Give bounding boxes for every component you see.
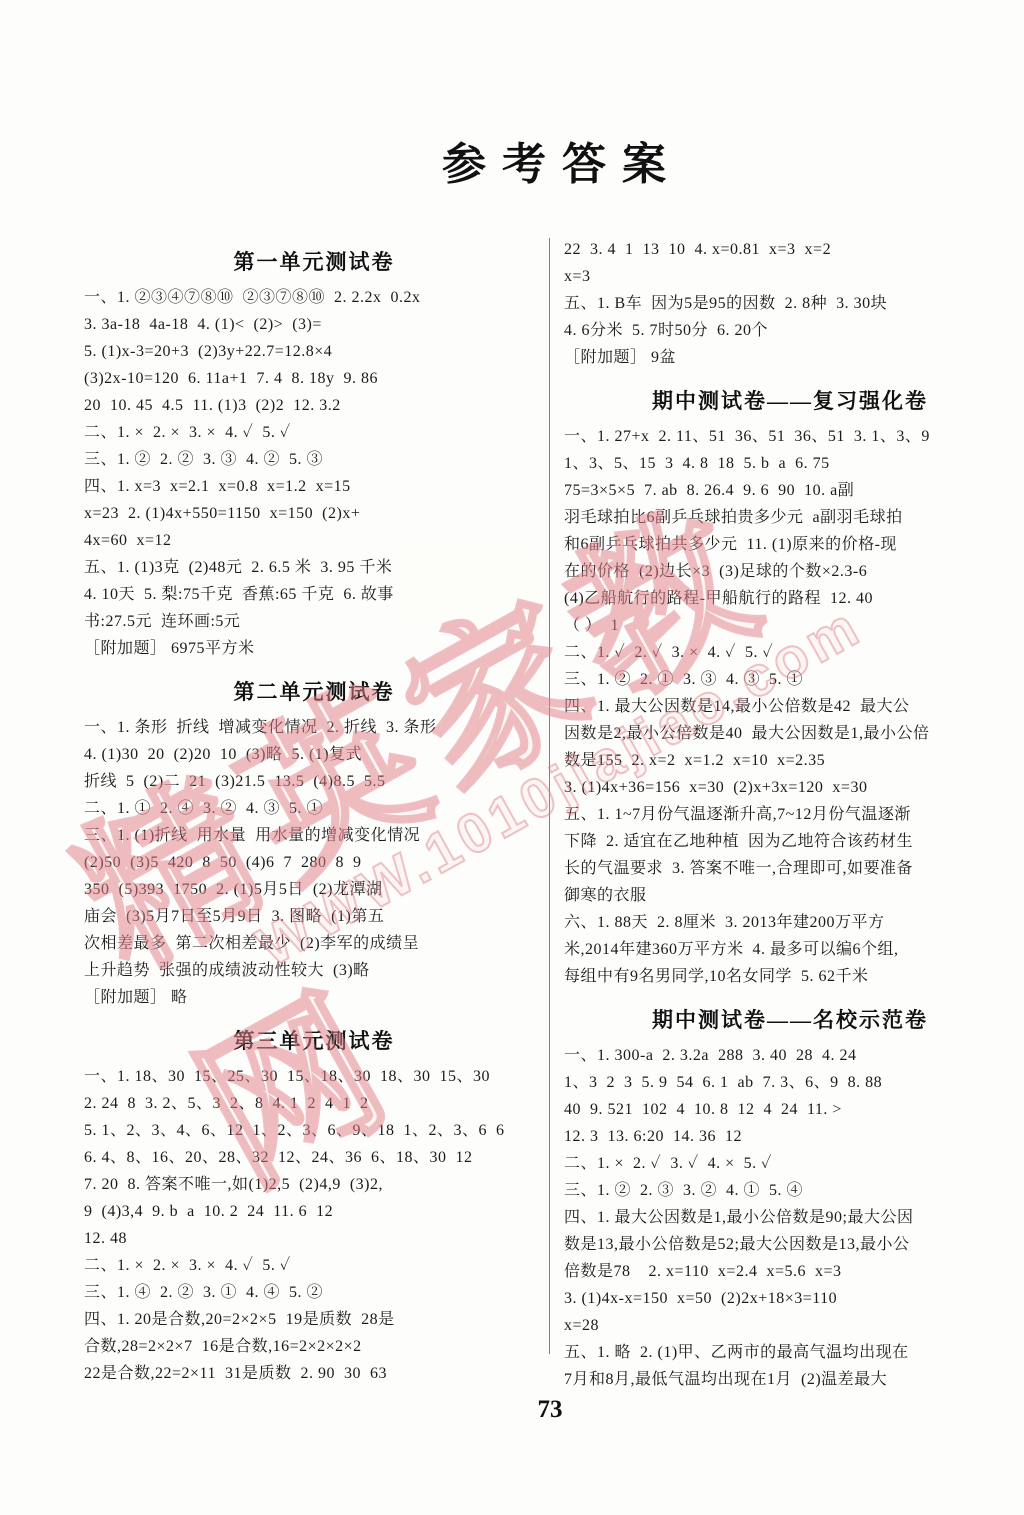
answer-line: 折线 5 (2)二 21 (3)21.5 13.5 (4)8.5 5.5 xyxy=(84,768,544,795)
page-number: 73 xyxy=(85,1396,1015,1424)
answer-line: 御寒的衣服 xyxy=(564,882,1016,909)
right-column: 22 3. 4 1 13 10 4. x=0.81 x=3 x=2x=3五、1.… xyxy=(564,236,1016,1393)
answer-line: x=3 xyxy=(564,263,1016,290)
answer-line: 三、1. ④ 2. ② 3. ① 4. ④ 5. ② xyxy=(84,1279,544,1306)
answer-line: 五、1. 1~7月份气温逐渐升高,7~12月份气温逐渐 xyxy=(564,801,1016,828)
answer-line: 9 (4)3,4 9. b a 10. 2 24 11. 6 12 xyxy=(84,1198,544,1225)
answer-line: 一、1. 27+x 2. 11、51 36、51 36、51 3. 1、3、9 xyxy=(564,423,1016,450)
answer-line: 四、1. 最大公因数是14,最小公倍数是42 最大公 xyxy=(564,693,1016,720)
answer-line: 二、1. ① 2. ④ 3. ② 4. ③ 5. ① xyxy=(84,795,544,822)
answer-line: x=23 2. (1)4x+550=1150 x=150 (2)x+ xyxy=(84,500,544,527)
answer-line: 3. (1)4x-x=150 x=50 (2)2x+18×3=110 xyxy=(564,1285,1016,1312)
answer-line: 二、1. × 2. × 3. × 4. ✓ 5. ✓ xyxy=(84,419,544,446)
answer-book-page: 参考答案 第一单元测试卷 一、1. ②③④⑦⑧⑩ ②③⑦⑧⑩ 2. 2.2x 0… xyxy=(0,0,1024,1515)
answer-line: ［附加题］ 9盆 xyxy=(564,344,1016,371)
section-title: 第一单元测试卷 xyxy=(84,246,544,276)
answer-lines: 一、1. 条形 折线 增减变化情况 2. 折线 3. 条形4. (1)30 20… xyxy=(84,714,544,1011)
answer-line: 和6副乒乓球拍共多少元 11. (1)原来的价格-现 xyxy=(564,531,1016,558)
answer-lines: 一、1. 18、30 15、25、30 15、18、30 18、30 15、30… xyxy=(84,1063,544,1387)
answer-line: x=28 xyxy=(564,1312,1016,1339)
answer-line: (4)乙船航行的路程-甲船航行的路程 12. 40 xyxy=(564,585,1016,612)
answer-line: 五、1. B车 因为5是95的因数 2. 8种 3. 30块 xyxy=(564,290,1016,317)
answer-line: 12. 3 13. 6:20 14. 36 12 xyxy=(564,1123,1016,1150)
answer-line: 2. 24 8 3. 2、5、3 2、8 4. 1 2 4 1 2 xyxy=(84,1090,544,1117)
answer-line: 一、1. 条形 折线 增减变化情况 2. 折线 3. 条形 xyxy=(84,714,544,741)
section-midterm-model-test: 期中测试卷——名校示范卷 一、1. 300-a 2. 3.2a 288 3. 4… xyxy=(564,1004,1016,1393)
answer-line: 次相差最多 第二次相差最少 (2)李军的成绩呈 xyxy=(84,930,544,957)
column-divider xyxy=(549,238,550,1354)
answer-line: 1、3 2 3 5. 9 54 6. 1 ab 7. 3、6、9 8. 88 xyxy=(564,1069,1016,1096)
answer-line: 四、1. 20是合数,20=2×2×5 19是质数 28是 xyxy=(84,1306,544,1333)
section-midterm-review-test: 期中测试卷——复习强化卷 一、1. 27+x 2. 11、51 36、51 36… xyxy=(564,385,1016,990)
answer-line: 合数,28=2×2×7 16是合数,16=2×2×2×2 xyxy=(84,1333,544,1360)
section-title: 第二单元测试卷 xyxy=(84,676,544,706)
answer-line: 5. (1)x-3=20+3 (2)3y+22.7=12.8×4 xyxy=(84,338,544,365)
answer-line: (3)2x-10=120 6. 11a+1 7. 4 8. 18y 9. 86 xyxy=(84,365,544,392)
answer-line: 20 10. 45 4.5 11. (1)3 (2)2 12. 3.2 xyxy=(84,392,544,419)
answer-line: 1、3、5、15 3 4. 8 18 5. b a 6. 75 xyxy=(564,450,1016,477)
answer-line: 五、1. 略 2. (1)甲、乙两市的最高气温均出现在 xyxy=(564,1339,1016,1366)
answer-line: 4. (1)30 20 (2)20 10 (3)略 5. (1)复式 xyxy=(84,741,544,768)
answer-line: （ ） 1 xyxy=(564,612,1016,639)
scan-damage-patch xyxy=(396,544,542,630)
answer-line: 六、1. 88天 2. 8厘米 3. 2013年建200万平方 xyxy=(564,909,1016,936)
answer-line: 3. (1)4x+36=156 x=30 (2)x+3x=120 x=30 xyxy=(564,774,1016,801)
answer-line: ［附加题］ 6975平方米 xyxy=(84,635,544,662)
section-unit1-continuation: 22 3. 4 1 13 10 4. x=0.81 x=3 x=2x=3五、1.… xyxy=(564,236,1016,371)
answer-line: 二、1. × 2. ✓ 3. ✓ 4. × 5. ✓ xyxy=(564,1150,1016,1177)
answer-line: ［附加题］ 略 xyxy=(84,984,544,1011)
left-column: 第一单元测试卷 一、1. ②③④⑦⑧⑩ ②③⑦⑧⑩ 2. 2.2x 0.2x3.… xyxy=(84,246,544,1387)
answer-line: 22 3. 4 1 13 10 4. x=0.81 x=3 x=2 xyxy=(564,236,1016,263)
answer-line: 一、1. 300-a 2. 3.2a 288 3. 40 28 4. 24 xyxy=(564,1042,1016,1069)
answer-line: (2)50 (3)5 420 8 50 (4)6 7 280 8 9 xyxy=(84,849,544,876)
answer-line: 一、1. ②③④⑦⑧⑩ ②③⑦⑧⑩ 2. 2.2x 0.2x xyxy=(84,284,544,311)
answer-line: 每组中有9名男同学,10名女同学 5. 62千米 xyxy=(564,963,1016,990)
section-title: 第三单元测试卷 xyxy=(84,1025,544,1055)
answer-line: 因数是2,最小公倍数是40 最大公因数是1,最小公倍 xyxy=(564,720,1016,747)
section-title: 期中测试卷——名校示范卷 xyxy=(564,1004,1016,1034)
answer-line: 三、1. ② 2. ① 3. ③ 4. ③ 5. ① xyxy=(564,666,1016,693)
answer-lines: 22 3. 4 1 13 10 4. x=0.81 x=3 x=2x=3五、1.… xyxy=(564,236,1016,371)
answer-line: 5. 1、2、3、4、6、12 1、2、3、6、9、18 1、2、3、6 6 xyxy=(84,1117,544,1144)
answer-line: 二、1. × 2. × 3. × 4. ✓ 5. ✓ xyxy=(84,1252,544,1279)
answer-line: 350 (5)393 1750 2. (1)5月5日 (2)龙潭湖 xyxy=(84,876,544,903)
section-unit3-test: 第三单元测试卷 一、1. 18、30 15、25、30 15、18、30 18、… xyxy=(84,1025,544,1387)
answer-line: 75=3×5×5 7. ab 8. 26.4 9. 6 90 10. a副 xyxy=(564,477,1016,504)
answer-line: 7. 20 8. 答案不唯一,如(1)2,5 (2)4,9 (3)2, xyxy=(84,1171,544,1198)
answer-line: 三、1. ② 2. ③ 3. ② 4. ① 5. ④ xyxy=(564,1177,1016,1204)
answer-line: 一、1. 18、30 15、25、30 15、18、30 18、30 15、30 xyxy=(84,1063,544,1090)
answer-line: 米,2014年建360万平方米 4. 最多可以编6个组, xyxy=(564,936,1016,963)
answer-line: 二、1. ✓ 2. ✓ 3. × 4. ✓ 5. ✓ xyxy=(564,639,1016,666)
page-title: 参考答案 xyxy=(0,128,1024,192)
answer-line: 三、1. (1)折线 用水量 用水量的增减变化情况 xyxy=(84,822,544,849)
answer-line: 4. 6分米 5. 7时50分 6. 20个 xyxy=(564,317,1016,344)
answer-line: 12. 48 xyxy=(84,1225,544,1252)
answer-line: 四、1. x=3 x=2.1 x=0.8 x=1.2 x=15 xyxy=(84,473,544,500)
answer-line: 下降 2. 适宜在乙地种植 因为乙地符合该药材生 xyxy=(564,828,1016,855)
answer-line: 7月和8月,最低气温均出现在1月 (2)温差最大 xyxy=(564,1366,1016,1393)
answer-lines: 一、1. 27+x 2. 11、51 36、51 36、51 3. 1、3、91… xyxy=(564,423,1016,990)
answer-line: 倍数是78 2. x=110 x=2.4 x=5.6 x=3 xyxy=(564,1258,1016,1285)
section-title: 期中测试卷——复习强化卷 xyxy=(564,385,1016,415)
answer-line: 数是155 2. x=2 x=1.2 x=10 x=2.35 xyxy=(564,747,1016,774)
answer-line: 3. 3a-18 4a-18 4. (1)< (2)> (3)= xyxy=(84,311,544,338)
answer-line: 22是合数,22=2×11 31是质数 2. 90 30 63 xyxy=(84,1360,544,1387)
answer-line: 羽毛球拍比6副乒乓球拍贵多少元 a副羽毛球拍 xyxy=(564,504,1016,531)
answer-line: 四、1. 最大公因数是1,最小公倍数是90;最大公因 xyxy=(564,1204,1016,1231)
answer-line: 上升趋势 张强的成绩波动性较大 (3)略 xyxy=(84,957,544,984)
answer-line: 数是13,最小公倍数是52;最大公因数是13,最小公 xyxy=(564,1231,1016,1258)
section-unit2-test: 第二单元测试卷 一、1. 条形 折线 增减变化情况 2. 折线 3. 条形4. … xyxy=(84,676,544,1011)
answer-line: 40 9. 521 102 4 10. 8 12 4 24 11. > xyxy=(564,1096,1016,1123)
answer-line: 在的价格 (2)边长×3 (3)足球的个数×2.3-6 xyxy=(564,558,1016,585)
answer-line: 6. 4、8、16、20、28、32 12、24、36 6、18、30 12 xyxy=(84,1144,544,1171)
answer-line: 三、1. ② 2. ② 3. ③ 4. ② 5. ③ xyxy=(84,446,544,473)
answer-lines: 一、1. 300-a 2. 3.2a 288 3. 40 28 4. 241、3… xyxy=(564,1042,1016,1393)
answer-line: 庙会 (3)5月7日至5月9日 3. 图略 (1)第五 xyxy=(84,903,544,930)
answer-line: 长的气温要求 3. 答案不唯一,合理即可,如要准备 xyxy=(564,855,1016,882)
